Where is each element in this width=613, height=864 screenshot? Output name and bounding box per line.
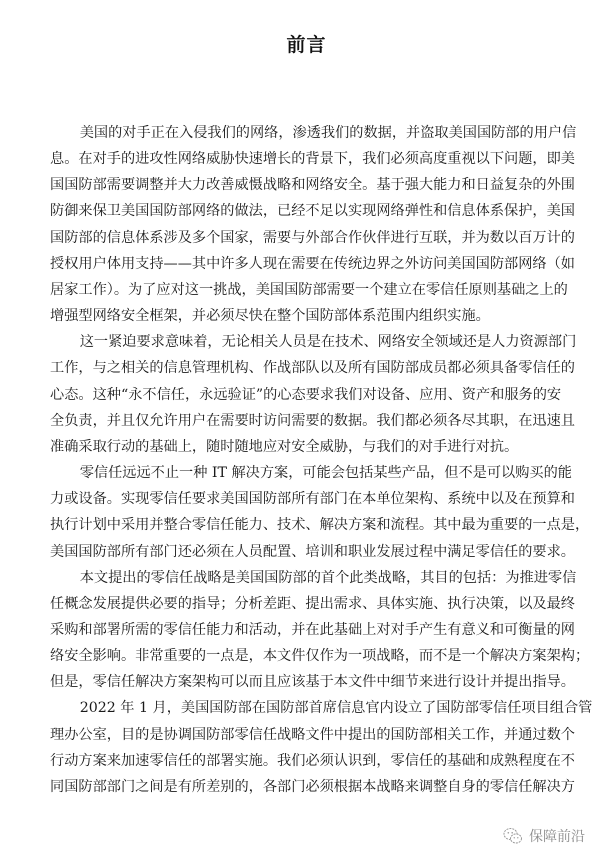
paragraph-3: 零信任远远不止一种 IT 解决方案，可能会包括某些产品，但不是可以购买的能 力或… bbox=[50, 460, 556, 565]
paragraph-line: 执行计划中采用并整合零信任能力、技术、解决方案和流程。其中最为重要的一点是， bbox=[50, 512, 556, 538]
paragraph-line: 居家工作）。为了应对这一挑战，美国国防部需要一个建立在零信任原则基础之上的 bbox=[50, 277, 556, 303]
page-title: 前言 bbox=[0, 30, 613, 57]
paragraph-line: 工作，与之相关的信息管理机构、作战部队以及所有国防部成员都必须具备零信任的 bbox=[50, 355, 556, 381]
paragraph-line: 增强型网络安全框架，并必须尽快在整个国防部体系范围内组织实施。 bbox=[50, 303, 556, 329]
paragraph-line: 同国防部部门之间是有所差别的，各部门必须根据本战略来调整自身的零信任解决方 bbox=[50, 774, 556, 800]
paragraph-line: 授权用户体用支持——其中许多人现在需要在传统边界之外访问美国国防部网络（如 bbox=[50, 251, 556, 277]
paragraph-line: 国国防部需要调整并大力改善威慑战略和网络安全。基于强大能力和日益复杂的外围 bbox=[50, 172, 556, 198]
paragraph-line: 国防部的信息体系涉及多个国家，需要与外部合作伙伴进行互联，并为数以百万计的 bbox=[50, 225, 556, 251]
paragraph-line: 本文提出的零信任战略是美国国防部的首个此类战略，其目的包括：为推进零信 bbox=[50, 565, 556, 591]
document-body: 美国的对手正在入侵我们的网络，渗透我们的数据，并盗取美国国防部的用户信 息。在对… bbox=[50, 120, 556, 800]
paragraph-line: 美国国防部所有部门还必须在人员配置、培训和职业发展过程中满足零信任的要求。 bbox=[50, 539, 556, 565]
paragraph-line: 2022 年 1 月，美国国防部在国防部首席信息官内设立了国防部零信任项目组合管 bbox=[50, 695, 556, 721]
paragraph-line: 采购和部署所需的零信任能力和活动，并在此基础上对对手产生有意义和可衡量的网 bbox=[50, 617, 556, 643]
paragraph-line: 心态。这种“永不信任，永远验证”的心态要求我们对设备、应用、资产和服务的安 bbox=[50, 382, 556, 408]
paragraph-line: 理办公室，目的是协调国防部零信任战略文件中提出的国防部相关工作，并通过数个 bbox=[50, 722, 556, 748]
paragraph-line: 行动方案来加速零信任的部署实施。我们必须认识到，零信任的基础和成熟程度在不 bbox=[50, 748, 556, 774]
watermark-text: 保障前沿 bbox=[529, 826, 585, 846]
paragraph-line: 任概念发展提供必要的指导；分析差距、提出需求、具体实施、执行决策，以及最终 bbox=[50, 591, 556, 617]
paragraph-2: 这一紧迫要求意味着，无论相关人员是在技术、网络安全领域还是人力资源部门 工作，与… bbox=[50, 329, 556, 460]
paragraph-line: 美国的对手正在入侵我们的网络，渗透我们的数据，并盗取美国国防部的用户信 bbox=[50, 120, 556, 146]
paragraph-5: 2022 年 1 月，美国国防部在国防部首席信息官内设立了国防部零信任项目组合管… bbox=[50, 695, 556, 800]
paragraph-line: 力或设备。实现零信任要求美国国防部所有部门在本单位架构、系统中以及在预算和 bbox=[50, 486, 556, 512]
paragraph-line: 防御来保卫美国国防部网络的做法，已经不足以实现网络弹性和信息体系保护，美国 bbox=[50, 198, 556, 224]
paragraph-line: 零信任远远不止一种 IT 解决方案，可能会包括某些产品，但不是可以购买的能 bbox=[50, 460, 556, 486]
wechat-icon bbox=[503, 827, 523, 845]
paragraph-line: 但是，零信任解决方案架构可以而且应该基于本文件中细节来进行设计并提出指导。 bbox=[50, 669, 556, 695]
paragraph-line: 络安全影响。非常重要的一点是，本文件仅作为一项战略，而不是一个解决方案架构； bbox=[50, 643, 556, 669]
paragraph-4: 本文提出的零信任战略是美国国防部的首个此类战略，其目的包括：为推进零信 任概念发… bbox=[50, 565, 556, 696]
paragraph-line: 这一紧迫要求意味着，无论相关人员是在技术、网络安全领域还是人力资源部门 bbox=[50, 329, 556, 355]
watermark: 保障前沿 bbox=[503, 824, 585, 848]
paragraph-line: 全负责，并且仅允许用户在需要时访问需要的数据。我们都必须各尽其职，在迅速且 bbox=[50, 408, 556, 434]
paragraph-1: 美国的对手正在入侵我们的网络，渗透我们的数据，并盗取美国国防部的用户信 息。在对… bbox=[50, 120, 556, 329]
paragraph-line: 准确采取行动的基础上，随时随地应对安全威胁，与我们的对手进行对抗。 bbox=[50, 434, 556, 460]
paragraph-line: 息。在对手的进攻性网络威胁快速增长的背景下，我们必须高度重视以下问题，即美 bbox=[50, 146, 556, 172]
